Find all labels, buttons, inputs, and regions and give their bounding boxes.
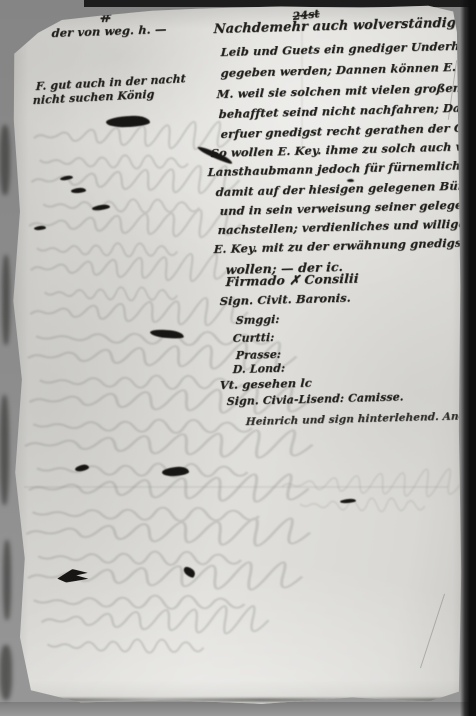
backdrop-bottom-surface (0, 702, 476, 716)
signature-line: Prasse: (235, 348, 281, 362)
left-edge-smudge (3, 540, 11, 620)
ink-speck (347, 179, 354, 182)
signature-line: D. Lond: (232, 362, 285, 376)
backdrop-top-edge (84, 0, 476, 7)
manuscript-page: # der von weg. h. — 24st F. gut auch in … (0, 0, 476, 716)
signature-line: Smggi: (235, 313, 279, 327)
signature-line: Vt. gesehen lc (219, 376, 312, 392)
left-edge-smudge (0, 125, 10, 195)
manuscript-photo: # der von weg. h. — 24st F. gut auch in … (0, 0, 476, 716)
backdrop-right-edge (460, 0, 476, 716)
left-edge-smudge (0, 395, 9, 505)
left-edge-smudge (0, 645, 12, 700)
signature-line: Curtti: (232, 331, 274, 345)
left-edge-smudge (2, 255, 10, 345)
